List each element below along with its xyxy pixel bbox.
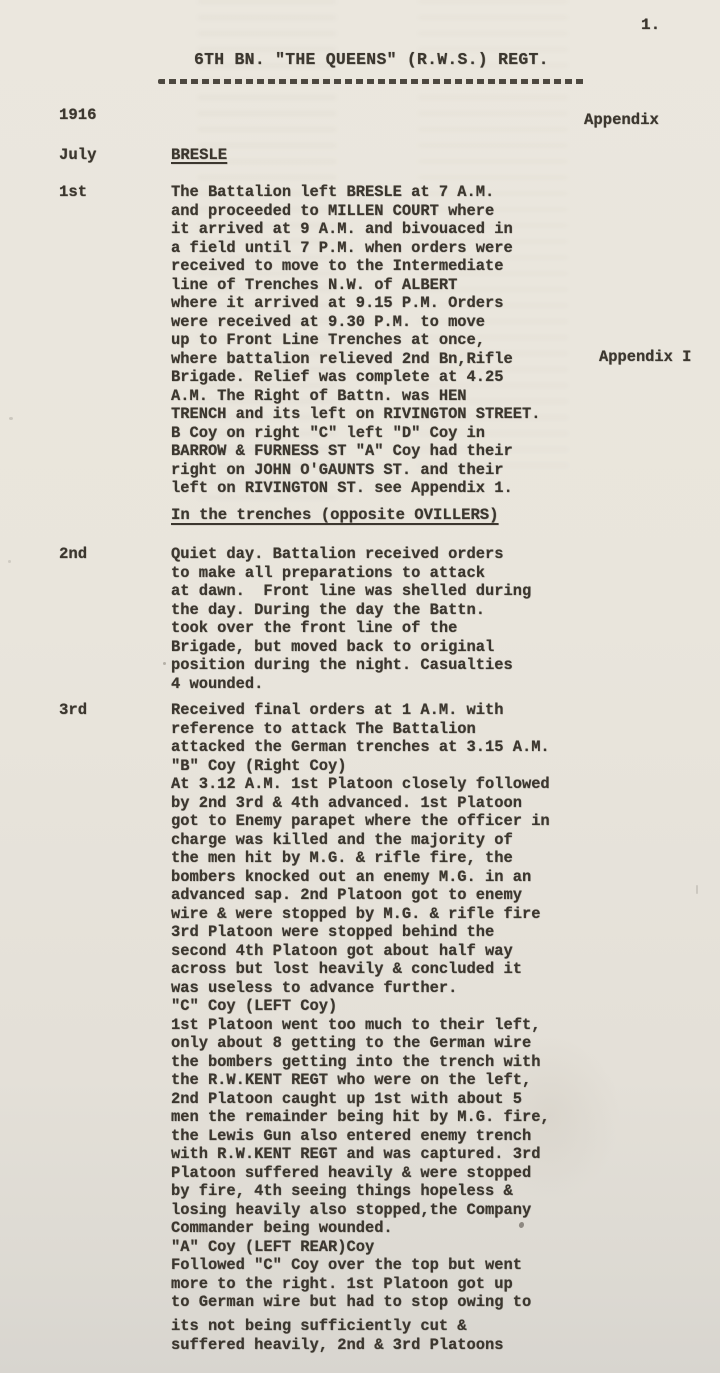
diary-entry-july-1st: 1st The Battalion left BRESLE at 7 A.M. … bbox=[0, 183, 720, 501]
entry-date: 2nd bbox=[59, 545, 87, 563]
diary-entry-july-2nd: 2nd Quiet day. Battalion received orders… bbox=[0, 545, 720, 695]
page-number: 1. bbox=[641, 16, 660, 34]
appendix-label: Appendix bbox=[584, 111, 659, 129]
section-heading: In the trenches (opposite OVILLERS) bbox=[171, 506, 499, 524]
entry-date: 1st bbox=[59, 183, 87, 201]
title-rule bbox=[158, 79, 586, 84]
entry-text-continued: its not being sufficiently cut & suffere… bbox=[171, 1317, 671, 1354]
entry-text: The Battalion left BRESLE at 7 A.M. and … bbox=[171, 183, 671, 498]
appendix-margin-note: Appendix I bbox=[599, 348, 691, 366]
page-title: 6TH BN. "THE QUEENS" (R.W.S.) REGT. bbox=[194, 50, 549, 69]
diary-entry-july-3rd: 3rd Received final orders at 1 A.M. with… bbox=[0, 701, 720, 1361]
place-heading: BRESLE bbox=[171, 146, 227, 164]
year-label: 1916 bbox=[59, 106, 96, 124]
entry-date: 3rd bbox=[59, 701, 87, 719]
entry-text: Received final orders at 1 A.M. with ref… bbox=[171, 701, 671, 1312]
war-diary-page: 1. 6TH BN. "THE QUEENS" (R.W.S.) REGT. 1… bbox=[0, 0, 720, 1373]
entry-text: Quiet day. Battalion received orders to … bbox=[171, 545, 671, 693]
month-label: July bbox=[59, 146, 96, 164]
